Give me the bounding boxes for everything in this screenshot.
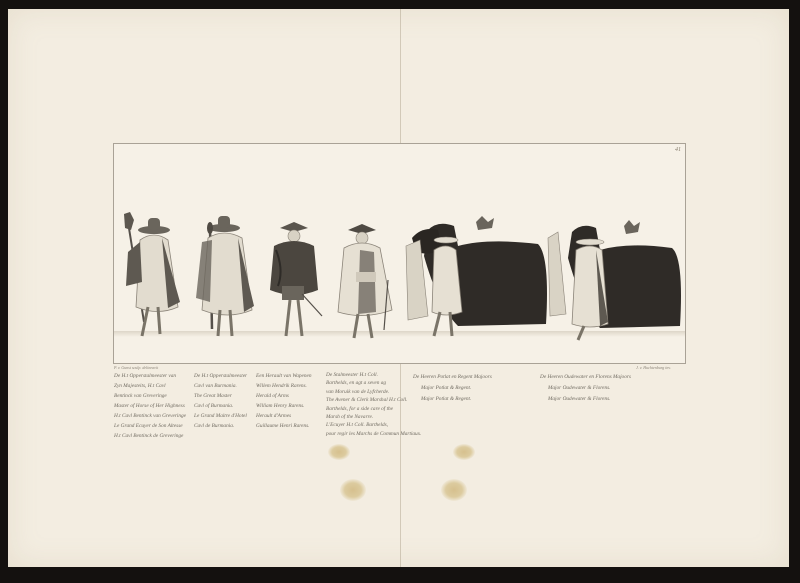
caption-line: Barthelds, en agt a seven ag bbox=[326, 379, 421, 387]
caption-line: Willem Hendrik Rarens. bbox=[256, 381, 312, 391]
caption-line: Herault d'Armes bbox=[256, 411, 312, 421]
plate-number: 41 bbox=[675, 147, 681, 153]
figure-man-with-cane bbox=[330, 220, 400, 342]
caption-line: Cavl de Burmania. bbox=[194, 421, 247, 431]
caption-line: L'Ecuyer H.t Coll. Barthelds, bbox=[326, 421, 421, 429]
figure-draped-horse-2 bbox=[538, 218, 688, 343]
caption-line: Zyn Majesteits, H.t Cavl bbox=[114, 381, 186, 391]
caption-line: Major Potlat & Regent. bbox=[413, 394, 492, 405]
caption-line: Bentinck van Greveringe bbox=[114, 391, 186, 401]
caption-line: Een Herault van Wapenen bbox=[256, 371, 312, 381]
caption-line: Cavl of Burmania. bbox=[194, 401, 247, 411]
foxing-stain bbox=[328, 444, 350, 460]
caption-line: H.t Cavl Bentinck de Greveringe bbox=[114, 431, 186, 441]
caption-column-1: De H.t Opperstalmeester van Zyn Majestei… bbox=[114, 371, 186, 441]
figure-cloaked-man-with-mace bbox=[190, 214, 260, 342]
engraved-plate bbox=[113, 143, 686, 364]
caption-column-2: De H.t Opperstalmeester Cavl van Burmani… bbox=[194, 371, 247, 431]
caption-line: William Henry Rarens. bbox=[256, 401, 312, 411]
engraver-credit-left: P. v. Gunst sculp. delineavit bbox=[114, 365, 158, 370]
caption-line: Herald of Arms bbox=[256, 391, 312, 401]
caption-line: The Avener & Clerk Marshal H.t Coll. bbox=[326, 396, 421, 404]
caption-line: Guillaume Henri Rarens. bbox=[256, 421, 312, 431]
caption-column-5: De Heeren Potlat en Regent Majoors Major… bbox=[413, 372, 492, 405]
caption-column-4: De Stalmeester H.t Coll. Barthelds, en a… bbox=[326, 371, 421, 438]
foxing-stain bbox=[453, 444, 475, 460]
caption-line: De H.t Opperstalmeester van bbox=[114, 371, 186, 381]
caption-line: Le Grand Maitre d'Hotel bbox=[194, 411, 247, 421]
figure-herald-in-tabard bbox=[264, 220, 324, 342]
caption-line: Cavl van Burmania. bbox=[194, 381, 247, 391]
caption-line: The Great Master bbox=[194, 391, 247, 401]
foxing-stain bbox=[340, 479, 366, 501]
caption-line: Barthelds, for a side care of the bbox=[326, 405, 421, 413]
caption-line: H.t Cavl Bentinck van Greveringe bbox=[114, 411, 186, 421]
caption-line: De Heeren Oudewater en Florens Majoors bbox=[540, 372, 631, 383]
caption-line: Major Potlat & Regent. bbox=[413, 383, 492, 394]
caption-line: Major Oudewater & Florens. bbox=[540, 383, 631, 394]
engraver-credit-right: J. v. Huchtenburg inv. bbox=[636, 365, 671, 370]
figure-draped-horse-1 bbox=[398, 216, 558, 341]
caption-line: pour regir les Marchs de Commun Martiaux… bbox=[326, 430, 421, 438]
paper-sheet: 41 P. v. Gunst sculp. delineavit J. v. H… bbox=[8, 9, 789, 567]
caption-line: De H.t Opperstalmeester bbox=[194, 371, 247, 381]
caption-line: De Stalmeester H.t Coll. bbox=[326, 371, 421, 379]
caption-column-3: Een Herault van Wapenen Willem Hendrik R… bbox=[256, 371, 312, 431]
caption-line: Major Oudewater & Florens. bbox=[540, 394, 631, 405]
caption-line: Marsh of the Navarre. bbox=[326, 413, 421, 421]
caption-line: De Heeren Potlat en Regent Majoors bbox=[413, 372, 492, 383]
caption-line: Master of Horse of Her Highness bbox=[114, 401, 186, 411]
caption-line: Le Grand Ecuyer de Son Altesse bbox=[114, 421, 186, 431]
foxing-stain bbox=[441, 479, 467, 501]
caption-line: van Moruik van de Lyfcherde. bbox=[326, 388, 421, 396]
figure-cloaked-man-with-staff bbox=[118, 212, 188, 342]
caption-column-6: De Heeren Oudewater en Florens Majoors M… bbox=[540, 372, 631, 405]
